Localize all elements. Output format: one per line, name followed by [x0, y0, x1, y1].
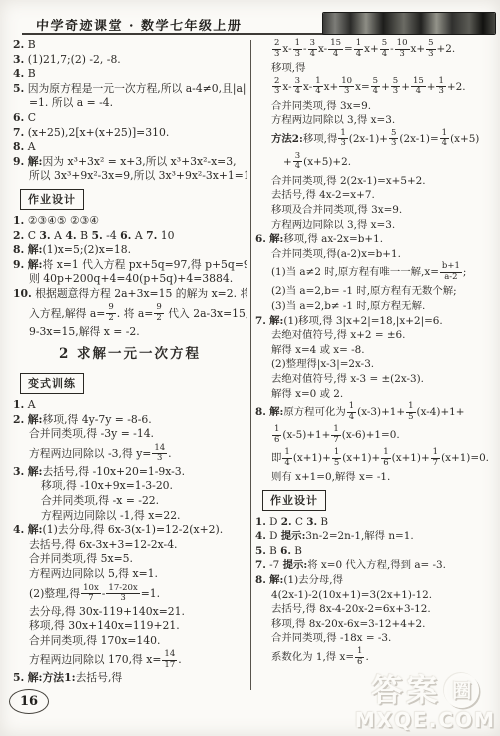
watermark-circle-logo: 圈 — [444, 673, 479, 708]
fraction: 53 — [391, 77, 400, 97]
answer-line: 3. (1)21,7;(2) -2, -8. — [13, 53, 247, 68]
answer-line: 方程两边同除以 -1,得 x=22. — [13, 509, 247, 524]
answer-line: 去括号,得 4x-2=x+7. — [255, 188, 495, 203]
fraction: 16 — [381, 448, 390, 468]
answer-line: 则有 x+1=0,解得 x= -1. — [255, 470, 495, 485]
answer-line: =1. 所以 a = -4. — [13, 96, 247, 111]
answer-line: (3)当 a=2,b≠ -1 时,原方程无解. — [255, 299, 495, 314]
answer-line: 移项,得 — [255, 61, 495, 76]
answer-line: 方法2:移项,得13(2x-1)+53(2x-1)=14(x+5) — [255, 128, 495, 151]
answer-line: 8. 解:原方程可化为14(x-3)+1+15(x-4)+1+ — [255, 401, 495, 424]
fraction: 143 — [152, 444, 167, 464]
answer-line: 8. A — [13, 140, 247, 155]
answer-line: 8. 解:(1)x=5;(2)x=18. — [13, 243, 247, 258]
answer-line: 所以 3x³+9x²-3x=9,所以 3x³+9x²-3x+1=10. — [13, 169, 247, 184]
answer-line: 23x-34x-14x+103x=54+53+154+13+2. — [255, 76, 495, 99]
answer-line: 4. B — [13, 67, 247, 82]
answer-line: (2)当 a=2,b= -1 时,原方程有无数个解; — [255, 284, 495, 299]
answer-line: 1. ②③④⑤ ②③④ — [13, 214, 247, 229]
fraction: 103 — [339, 77, 354, 97]
fraction: 13 — [436, 77, 445, 97]
answer-line: 合并同类项,得 2(2x-1)=x+5+2. — [255, 174, 495, 189]
fraction: 13 — [338, 129, 347, 149]
workbook-answer-page: 中学奇迹课堂 · 数学七年级上册 2. B3. (1)21,7;(2) -2, … — [0, 0, 500, 736]
fraction: 23 — [272, 39, 281, 59]
answer-line: 去括号,得 6x-3x+3=12-2x-4. — [13, 538, 247, 553]
answer-line: 2. B — [13, 38, 247, 53]
answer-line: 5. 因为原方程是一元一次方程,所以 a-4≠0,且|a|-3 — [13, 82, 247, 97]
section-box-label: 作业设计 — [20, 189, 84, 210]
answer-line: 7. (x+25),2[x+(x+25)]=310. — [13, 126, 247, 141]
fraction: 34 — [308, 39, 317, 59]
answer-line: 解得 x=0 或 2. — [255, 387, 495, 402]
fraction: 92 — [154, 303, 163, 323]
fraction: 23 — [272, 77, 281, 97]
answer-line: 2. C 3. A 4. B 5. -4 6. A 7. 10 — [13, 229, 247, 244]
answer-line: 合并同类项,得 5x=5. — [13, 552, 247, 567]
fraction: 54 — [380, 39, 389, 59]
answer-line: 合并同类项,得(a-2)x=b+1. — [255, 247, 495, 262]
answer-line: 5. 解:方法1:去括号,得 — [13, 671, 247, 686]
fraction: 13 — [293, 39, 302, 59]
answer-line: (2)整理得|x-3|=2x-3. — [255, 357, 495, 372]
book-title: 中学奇迹课堂 · 数学七年级上册 — [36, 15, 244, 34]
answer-line: 7. -7 提示:将 x=0 代入方程,得到 a= -3. — [255, 558, 495, 573]
answer-line: 去括号,得 8x-4-20x-2=6x+3-12. — [255, 602, 495, 617]
fraction: 17-20x3 — [106, 584, 139, 604]
answer-line: 1. A — [13, 398, 247, 413]
fraction: 34 — [293, 152, 302, 172]
answer-line: 解得 x=4 或 x= -8. — [255, 343, 495, 358]
decorative-photo-strip — [323, 13, 495, 34]
answer-line: 移项,得 30x+140x=119+21. — [13, 619, 247, 634]
answer-line: 10. 根据题意得方程 2a+3x=15 的解为 x=2. 将 x=2 代 — [13, 287, 247, 302]
answer-line: 合并同类项,得 170x=140. — [13, 634, 247, 649]
answer-line: 即14(x+1)+15(x+1)+16(x+1)+17(x+1)=0. — [255, 447, 495, 470]
answer-line: 9. 解:将 x=1 代入方程 px+5q=97,得 p+5q=97. — [13, 258, 247, 273]
fraction: 16 — [272, 425, 281, 445]
header-rule — [22, 33, 334, 35]
fraction: 16 — [355, 647, 364, 667]
fraction: 92 — [106, 303, 115, 323]
answer-line: 移项,得 8x-20x-6x=3-12+4+2. — [255, 617, 495, 632]
answer-line: 去分母,得 30x-119+140x=21. — [13, 605, 247, 620]
fraction: b+1a-2 — [440, 262, 462, 282]
fraction: 14 — [347, 402, 356, 422]
fraction: 17 — [331, 425, 340, 445]
answer-line: 去绝对值符号,得 x+2 = ±6. — [255, 328, 495, 343]
answer-line: 入方程,解得 a=92. 将 a=92 代入 2a-3x=15,得 — [13, 302, 247, 325]
answer-line: 8. 解:(1)去分母,得 — [255, 573, 495, 588]
answer-line: 方程两边同除以 3,得 x=3. — [255, 113, 495, 128]
answer-line: 方程两边同除以 5,得 x=1. — [13, 567, 247, 582]
answer-line: 9. 解:因为 x³+3x² = x+3,所以 x³+3x²-x=3, — [13, 155, 247, 170]
answer-line: 7. 解:(1)移项,得 3|x+2|=18,|x+2|=6. — [255, 314, 495, 329]
answer-line: 2. 解:移项,得 4y-7y = -8-6. — [13, 413, 247, 428]
fraction: 53 — [389, 129, 398, 149]
answer-line: 合并同类项,得 3x=9. — [255, 99, 495, 114]
answer-line: 9-3x=15,解得 x = -2. — [13, 325, 247, 340]
fraction: 54 — [371, 77, 380, 97]
answer-line: 6. C — [13, 111, 247, 126]
fraction: 14 — [282, 448, 291, 468]
answer-line: 方程两边同除以 3,得 x=3. — [255, 218, 495, 233]
watermark-site: MXQE.COM — [355, 708, 496, 732]
fraction: 14 — [354, 39, 363, 59]
answer-line: 6. 解:移项,得 ax-2x=b+1. — [255, 232, 495, 247]
answer-line: 方程两边同除以 -3,得 y=143. — [13, 442, 247, 465]
answer-line: 则 40p+200q+4=40(p+5q)+4=3884. — [13, 272, 247, 287]
answer-line: 4. D 提示:3n-2=2n-1,解得 n=1. — [255, 529, 495, 544]
fraction: 103 — [395, 39, 410, 59]
fraction: 1417 — [162, 650, 177, 670]
fraction: 154 — [411, 77, 426, 97]
answer-line: 4(2x-1)-2(10x+1)=3(2x+1)-12. — [255, 588, 495, 603]
answer-line: 方程两边同除以 170,得 x=1417. — [13, 648, 247, 671]
fraction: 14 — [440, 129, 449, 149]
answer-line: 5. B 6. B — [255, 544, 495, 559]
section-box-label: 作业设计 — [262, 490, 326, 511]
fraction: 34 — [293, 77, 302, 97]
fraction: 15 — [406, 402, 415, 422]
answer-line: +34(x+5)+2. — [255, 151, 495, 174]
answer-line: 23x-13-34x-154=14x+54-103x+53+2. — [255, 38, 495, 61]
answer-line: 合并同类项,得 -18x = -3. — [255, 631, 495, 646]
page-content: 2. B3. (1)21,7;(2) -2, -8.4. B5. 因为原方程是一… — [13, 38, 495, 686]
section-heading: 2 求解一元一次方程 — [13, 344, 247, 364]
watermark-brand-text: 答案 — [371, 674, 441, 708]
answer-line: 去绝对值符号,得 x-3 = ±(2x-3). — [255, 372, 495, 387]
answer-line: 4. 解:(1)去分母,得 6x-3(x-1)=12-2(x+2). — [13, 523, 247, 538]
page-number: 16 — [9, 689, 49, 714]
section-box-label: 变式训练 — [20, 373, 84, 394]
answer-line: 合并同类项,得 -x = -22. — [13, 494, 247, 509]
watermark: 答案 圈 MXQE.COM — [355, 673, 496, 732]
fraction: 14 — [313, 77, 322, 97]
left-column: 2. B3. (1)21,7;(2) -2, -8.4. B5. 因为原方程是一… — [13, 38, 247, 686]
fraction: 17 — [431, 448, 440, 468]
answer-line: 合并同类项,得 -3y = -14. — [13, 427, 247, 442]
answer-line: (1)当 a≠2 时,原方程有唯一一解,x=b+1a-2; — [255, 261, 495, 284]
fraction: 53 — [426, 39, 435, 59]
answer-line: 1. D 2. C 3. B — [255, 515, 495, 530]
answer-line: 移项及合并同类项,得 3x=9. — [255, 203, 495, 218]
answer-line: 16(x-5)+1+17(x-6)+1=0. — [255, 424, 495, 447]
fraction: 10x7 — [81, 584, 101, 604]
answer-line: (2)整理,得10x7-17-20x3=1. — [13, 582, 247, 605]
right-column: 23x-13-34x-154=14x+54-103x+53+2.移项,得23x-… — [255, 38, 495, 686]
watermark-brand: 答案 圈 — [355, 673, 496, 708]
answer-line: 系数化为 1,得 x=16. — [255, 646, 495, 669]
answer-line: 3. 解:去括号,得 -10x+20=1-9x-3. — [13, 465, 247, 480]
answer-line: 移项,得 -10x+9x=1-3-20. — [13, 479, 247, 494]
fraction: 15 — [332, 448, 341, 468]
fraction: 154 — [328, 39, 343, 59]
